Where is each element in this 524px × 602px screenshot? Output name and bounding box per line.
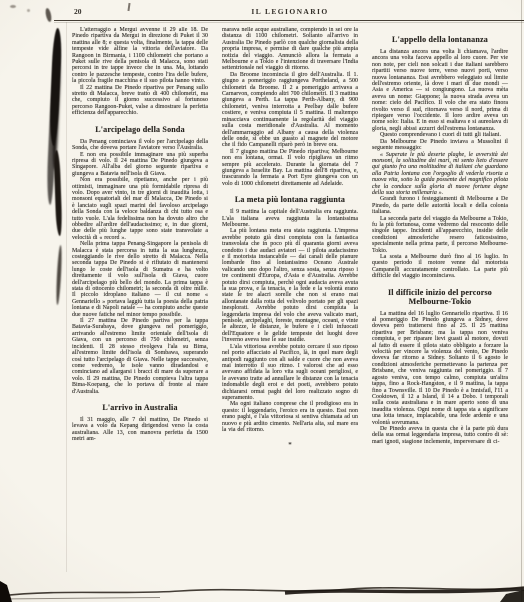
article-paragraph: L'ala vittoriosa avrebbe potuto cercare … [222, 344, 358, 402]
ink-smudge [45, 8, 53, 23]
article-paragraph: Il 9 mattina la capitale dell'Australia … [222, 209, 358, 228]
article-paragraph: De Pinedo aveva in questa che è la parte… [372, 426, 508, 445]
section-end-mark: * [222, 442, 358, 448]
header-rule [54, 20, 524, 21]
article-paragraph: La distanza ancora una volta li chiamava… [372, 49, 508, 132]
telegram-quote: « Superate le più deserte plaghe, le avv… [372, 152, 508, 197]
page-fold-line [66, 22, 67, 572]
article-paragraph: Da Melbourne De Pinedo inviava a Mussoli… [372, 139, 508, 152]
section-heading-appello-lontananza: L'appello della lontananza [372, 35, 508, 44]
page-header: 20 IL LEGIONARIO [72, 5, 508, 19]
scan-speck [27, 9, 30, 12]
section-heading-meta-lontana: La meta più lontana raggiunta [222, 195, 358, 204]
article-paragraph: Non era possibile, ripetiamo, anche per … [72, 177, 208, 241]
column-2: marava nelle acque australiane, compiend… [222, 27, 358, 595]
article-paragraph: Grandi furono i festeggiamenti di Melbou… [372, 196, 508, 215]
section-heading-arrivo-australia: L'arrivo in Australia [72, 403, 208, 412]
ink-smudge [54, 150, 63, 236]
ink-smudge [55, 245, 62, 305]
article-paragraph: Il 27 mattina De Pinedo partiva per la t… [72, 318, 208, 395]
article-paragraph: L'atterraggio a Mergui avvenne il 29 all… [72, 27, 208, 85]
article-paragraph: Nella prima tappa Penang-Singapore la pe… [72, 241, 208, 318]
section-heading-inizio-melbourne-tokio: Il difficile inizio del percorso Melbour… [372, 288, 508, 306]
scan-speck [10, 5, 16, 8]
article-paragraph: Da Broome incomincia il giro dell'Austra… [222, 72, 358, 149]
page-edge-line [521, 0, 522, 602]
magazine-page-scan: 20 IL LEGIONARIO L'atterraggio a Mergui … [0, 0, 524, 602]
section-heading-arcipelago-sonda: L'arcipelago della Sonda [72, 125, 208, 134]
article-paragraph: Da Penang cominciava il volo per l'arcip… [72, 139, 208, 152]
article-paragraph: La mattina del 16 luglio Gennariello rip… [372, 311, 508, 426]
journal-title: IL LEGIONARIO [72, 7, 508, 16]
article-body: L'atterraggio a Mergui avvenne il 29 all… [72, 27, 508, 595]
article-paragraph: La sosta a Melbourne durò fino al 16 lug… [372, 254, 508, 280]
ink-smudge [48, 28, 62, 146]
article-paragraph: Questo comprendevano i cuori di tutti gl… [372, 132, 508, 138]
article-paragraph: La più lontana meta era stata raggiunta.… [222, 228, 358, 343]
article-paragraph: marava nelle acque australiane, compiend… [222, 27, 358, 72]
column-3: L'appello della lontananza La distanza a… [372, 27, 508, 595]
article-paragraph: Il 31 maggio, alle 7 del mattino, De Pin… [72, 417, 208, 443]
article-paragraph: E non era possibile immaginare una più s… [72, 152, 208, 178]
article-paragraph: Il 7 giugno mattina De Pinedo ripartiva;… [222, 149, 358, 187]
article-paragraph: Ma ogni italiano comprese che il prodigi… [222, 401, 358, 433]
article-paragraph: Il 22 mattina De Pinedo ripartiva per Pe… [72, 85, 208, 117]
scan-edge-artifact [0, 574, 524, 602]
column-1: L'atterraggio a Mergui avvenne il 29 all… [72, 27, 208, 595]
article-paragraph: La seconda parte del viaggio da Melbourn… [372, 216, 508, 254]
